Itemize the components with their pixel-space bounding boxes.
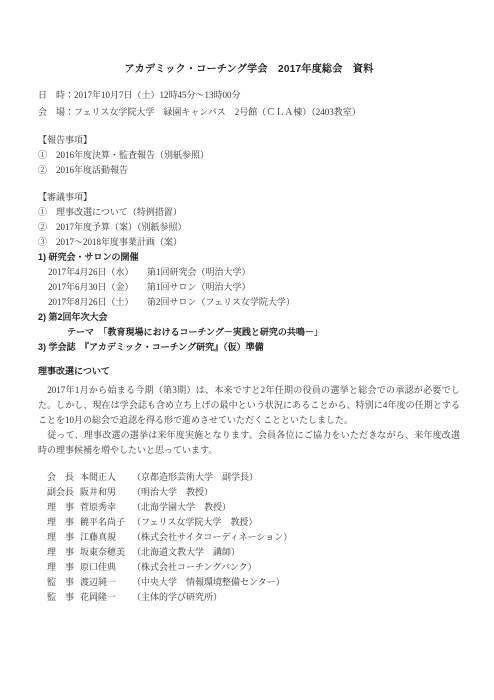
officer-affiliation: （フェリス女学院大学 教授） bbox=[132, 515, 460, 530]
officer-row: 副会長 阪井和男 （明治大学 教授） bbox=[38, 485, 460, 500]
agenda-items: ① 理事改選について（特例措置）② 2017年度予算（案）（別紙参照）③ 201… bbox=[38, 205, 460, 250]
plan-item1-heading: 1) 研究会・サロンの開催 bbox=[38, 250, 460, 265]
officer-name: 阪井和男 bbox=[80, 485, 132, 500]
officer-affiliation: （北海道文教大学 講師） bbox=[132, 545, 460, 560]
meta-line: 日 時：2017年10月7日（土）12時45分～13時00分 bbox=[38, 87, 460, 104]
officer-row: 監 事 花岡隆一 （主体的学び研究所） bbox=[38, 590, 460, 605]
officer-row: 監 事 渡辺純一 （中央大学 情報環境整備センター） bbox=[38, 575, 460, 590]
agenda-item: ② 2017年度予算（案）（別紙参照） bbox=[38, 220, 460, 235]
officer-name: 饒平名尚子 bbox=[80, 515, 132, 530]
officer-name: 原口佳典 bbox=[80, 560, 132, 575]
officer-row: 理 事 原口佳典 （株式会社コーチングバンク） bbox=[38, 560, 460, 575]
document-title: アカデミック・コーチング学会 2017年度総会 資料 bbox=[38, 63, 460, 77]
officer-affiliation: （中央大学 情報環境整備センター） bbox=[132, 575, 460, 590]
officer-role: 監 事 bbox=[47, 590, 80, 605]
officer-row: 理 事 菅原秀幸 （北海学園大学 教授） bbox=[38, 500, 460, 515]
officer-affiliation: （明治大学 教授） bbox=[132, 485, 460, 500]
officer-role: 理 事 bbox=[47, 500, 80, 515]
plan-theme-line: テーマ 「教育現場におけるコーチング－実践と研究の共鳴－」 bbox=[38, 325, 460, 340]
officer-row: 理 事 江藤真規 （株式会社サイタコーディネーション） bbox=[38, 530, 460, 545]
paragraph-line: 2017年1月から始まる今期（第3期）は、本来ですと2年任期の役員の選挙と総会で… bbox=[38, 383, 460, 398]
document-page: アカデミック・コーチング学会 2017年度総会 資料 日 時：2017年10月7… bbox=[0, 0, 494, 605]
plan-item3-heading: 3) 学会誌 『アカデミック・コーチング研究』（仮）準備 bbox=[38, 340, 460, 355]
officer-row: 理 事 饒平名尚子 （フェリス女学院大学 教授） bbox=[38, 515, 460, 530]
report-items: ① 2016年度決算・監査報告（別紙参照）② 2016年度活動報告 bbox=[38, 148, 460, 178]
officer-name: 坂東奈穂美 bbox=[80, 545, 132, 560]
plan-item2-heading: 2) 第2回年次大会 bbox=[38, 310, 460, 325]
meta-line: 会 場：フェリス女学院大学 緑園キャンパス 2号館（ＣＬＡ棟）（2403教室） bbox=[38, 104, 460, 121]
board-reform-heading: 理事改選について bbox=[38, 364, 460, 379]
plan-event-line: 2017年8月26日（土） 第2回サロン（フェリス女学院大学） bbox=[38, 295, 460, 310]
business-plan: 1) 研究会・サロンの開催 2017年4月26日（水） 第1回研究会（明治大学）… bbox=[38, 250, 460, 355]
paragraph-line: た。しかし、現在は学会誌も含め立ち上げの最中という状況にあることから、特別に4年… bbox=[38, 398, 460, 413]
paragraph-line: 時の理事候補を増やしたいと思っています。 bbox=[38, 443, 460, 458]
officer-role: 理 事 bbox=[47, 530, 80, 545]
officer-row: 理 事 坂東奈穂美 （北海道文教大学 講師） bbox=[38, 545, 460, 560]
officer-affiliation: （主体的学び研究所） bbox=[132, 590, 460, 605]
agenda-section-heading: 【審議事項】 bbox=[38, 190, 460, 205]
plan-events: 2017年4月26日（水） 第1回研究会（明治大学）2017年6月30日（金） … bbox=[38, 265, 460, 310]
officer-role: 監 事 bbox=[47, 575, 80, 590]
agenda-item: ① 理事改選について（特例措置） bbox=[38, 205, 460, 220]
officer-name: 花岡隆一 bbox=[80, 590, 132, 605]
officer-role: 会 長 bbox=[47, 470, 80, 485]
officer-affiliation: （北海学園大学 教授） bbox=[132, 500, 460, 515]
report-section-heading: 【報告事項】 bbox=[38, 133, 460, 148]
officer-name: 渡辺純一 bbox=[80, 575, 132, 590]
paragraph-line: 従って、理事改選の選挙は来年度実施となります。会員各位にご協力をいただきながら、… bbox=[38, 428, 460, 443]
officer-affiliation: （京都造形芸術大学 副学長） bbox=[132, 470, 460, 485]
officer-name: 本間正人 bbox=[80, 470, 132, 485]
plan-event-line: 2017年4月26日（水） 第1回研究会（明治大学） bbox=[38, 265, 460, 280]
paragraph-line: ことを10月の総会で追認を得る形で進めさせていただくことといたしました。 bbox=[38, 413, 460, 428]
officer-role: 理 事 bbox=[47, 560, 80, 575]
officer-role: 理 事 bbox=[47, 515, 80, 530]
officer-name: 江藤真規 bbox=[80, 530, 132, 545]
meeting-meta: 日 時：2017年10月7日（土）12時45分～13時00分会 場：フェリス女学… bbox=[38, 87, 460, 121]
agenda-item: ③ 2017～2018年度事業計画（案） bbox=[38, 235, 460, 250]
officer-role: 理 事 bbox=[47, 545, 80, 560]
report-item: ① 2016年度決算・監査報告（別紙参照） bbox=[38, 148, 460, 163]
board-reform-section: 理事改選について 2017年1月から始まる今期（第3期）は、本来ですと2年任期の… bbox=[38, 364, 460, 458]
report-item: ② 2016年度活動報告 bbox=[38, 163, 460, 178]
officer-row: 会 長 本間正人 （京都造形芸術大学 副学長） bbox=[38, 470, 460, 485]
board-reform-paragraphs: 2017年1月から始まる今期（第3期）は、本来ですと2年任期の役員の選挙と総会で… bbox=[38, 383, 460, 458]
officer-list: 会 長 本間正人 （京都造形芸術大学 副学長） 副会長 阪井和男 （明治大学 教… bbox=[38, 470, 460, 605]
agenda-section: 【審議事項】 ① 理事改選について（特例措置）② 2017年度予算（案）（別紙参… bbox=[38, 190, 460, 250]
report-section: 【報告事項】 ① 2016年度決算・監査報告（別紙参照）② 2016年度活動報告 bbox=[38, 133, 460, 178]
plan-event-line: 2017年6月30日（金） 第1回サロン（明治大学） bbox=[38, 280, 460, 295]
officer-affiliation: （株式会社サイタコーディネーション） bbox=[132, 530, 460, 545]
officer-affiliation: （株式会社コーチングバンク） bbox=[132, 560, 460, 575]
officer-name: 菅原秀幸 bbox=[80, 500, 132, 515]
officer-role: 副会長 bbox=[47, 485, 80, 500]
